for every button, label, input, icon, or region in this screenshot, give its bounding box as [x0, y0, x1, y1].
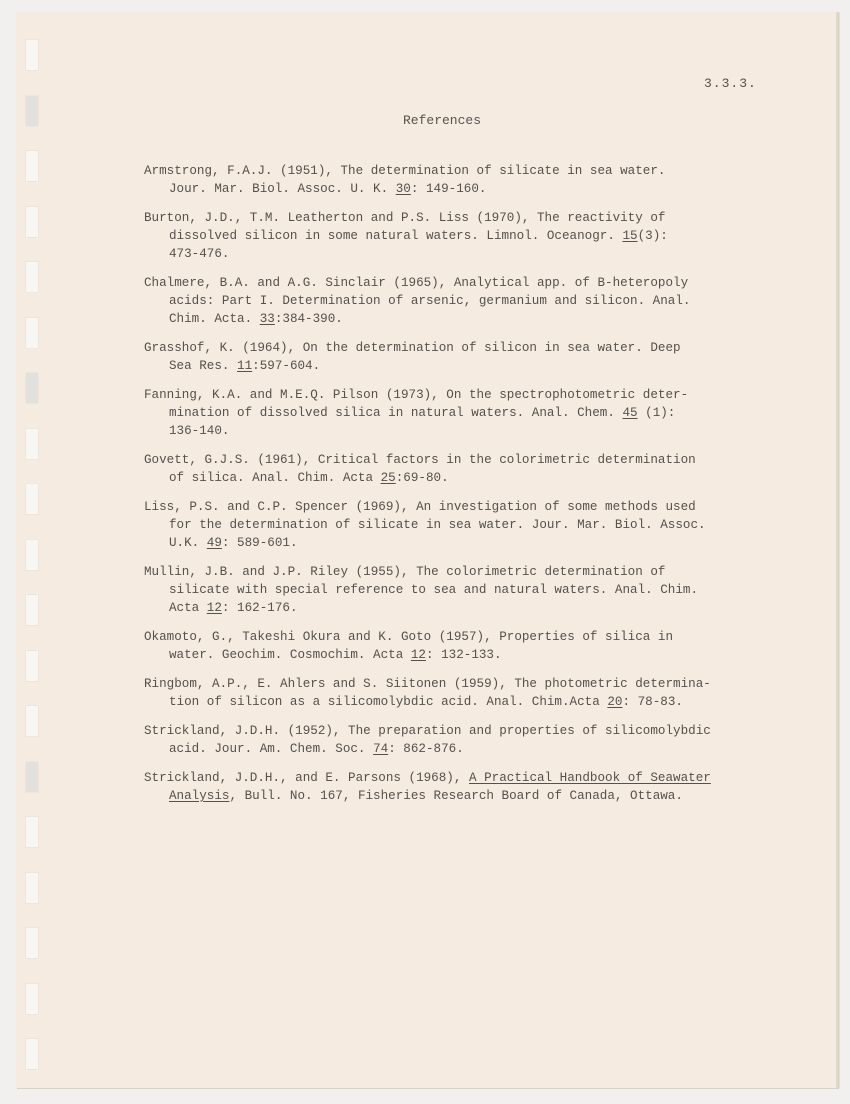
reference-line: U.K. 49: 589-601. — [144, 534, 784, 552]
reference-text: : 78-83. — [622, 695, 682, 709]
binder-hole — [25, 317, 39, 349]
reference-line: Grasshof, K. (1964), On the determinatio… — [144, 339, 784, 357]
reference-line: Armstrong, F.A.J. (1951), The determinat… — [144, 162, 784, 180]
reference-entry: Okamoto, G., Takeshi Okura and K. Goto (… — [144, 628, 784, 664]
page-title: References — [16, 113, 838, 128]
reference-text: acids: Part I. Determination of arsenic,… — [169, 294, 690, 308]
reference-line: dissolved silicon in some natural waters… — [144, 227, 784, 245]
reference-text: silicate with special reference to sea a… — [169, 583, 698, 597]
reference-line: mination of dissolved silica in natural … — [144, 404, 784, 422]
reference-text: :69-80. — [396, 471, 449, 485]
reference-line: acids: Part I. Determination of arsenic,… — [144, 292, 784, 310]
reference-line: Analysis, Bull. No. 167, Fisheries Resea… — [144, 787, 784, 805]
reference-entry: Burton, J.D., T.M. Leatherton and P.S. L… — [144, 209, 784, 263]
underlined-text: Analysis — [169, 789, 229, 803]
reference-line: Liss, P.S. and C.P. Spencer (1969), An i… — [144, 498, 784, 516]
reference-entry: Strickland, J.D.H., and E. Parsons (1968… — [144, 769, 784, 805]
reference-text: Govett, G.J.S. (1961), Critical factors … — [144, 453, 696, 467]
binder-hole — [25, 927, 39, 959]
reference-line: silicate with special reference to sea a… — [144, 581, 784, 599]
underlined-text: 12 — [207, 601, 222, 615]
reference-line: Strickland, J.D.H. (1952), The preparati… — [144, 722, 784, 740]
underlined-text: 45 — [622, 406, 637, 420]
reference-text: (3): — [638, 229, 668, 243]
reference-entry: Grasshof, K. (1964), On the determinatio… — [144, 339, 784, 375]
reference-text: mination of dissolved silica in natural … — [169, 406, 622, 420]
reference-line: of silica. Anal. Chim. Acta 25:69-80. — [144, 469, 784, 487]
binder-hole — [25, 483, 39, 515]
reference-text: Liss, P.S. and C.P. Spencer (1969), An i… — [144, 500, 696, 514]
underlined-text: 49 — [207, 536, 222, 550]
reference-line: Strickland, J.D.H., and E. Parsons (1968… — [144, 769, 784, 787]
reference-text: U.K. — [169, 536, 207, 550]
underlined-text: 20 — [607, 695, 622, 709]
reference-text: dissolved silicon in some natural waters… — [169, 229, 622, 243]
reference-text: : 162-176. — [222, 601, 298, 615]
binder-hole — [25, 539, 39, 571]
binder-hole — [25, 983, 39, 1015]
binder-hole — [25, 650, 39, 682]
underlined-text: 74 — [373, 742, 388, 756]
reference-text: : 589-601. — [222, 536, 298, 550]
reference-entry: Strickland, J.D.H. (1952), The preparati… — [144, 722, 784, 758]
reference-text: , Bull. No. 167, Fisheries Research Boar… — [229, 789, 682, 803]
underlined-text: 33 — [260, 312, 275, 326]
reference-entry: Govett, G.J.S. (1961), Critical factors … — [144, 451, 784, 487]
document-page: 3.3.3. References Armstrong, F.A.J. (195… — [16, 12, 838, 1088]
reference-line: acid. Jour. Am. Chem. Soc. 74: 862-876. — [144, 740, 784, 758]
underlined-text: A Practical Handbook of Seawater — [469, 771, 711, 785]
reference-entry: Liss, P.S. and C.P. Spencer (1969), An i… — [144, 498, 784, 552]
binder-hole — [25, 428, 39, 460]
underlined-text: 15 — [622, 229, 637, 243]
binder-hole — [25, 705, 39, 737]
reference-line: water. Geochim. Cosmochim. Acta 12: 132-… — [144, 646, 784, 664]
reference-line: Govett, G.J.S. (1961), Critical factors … — [144, 451, 784, 469]
reference-list: Armstrong, F.A.J. (1951), The determinat… — [144, 162, 784, 816]
reference-text: (1): — [638, 406, 676, 420]
reference-entry: Ringbom, A.P., E. Ahlers and S. Siitonen… — [144, 675, 784, 711]
binder-hole — [25, 1038, 39, 1070]
reference-line: tion of silicon as a silicomolybdic acid… — [144, 693, 784, 711]
reference-text: Chim. Acta. — [169, 312, 260, 326]
reference-line: 136-140. — [144, 422, 784, 440]
reference-text: :597-604. — [252, 359, 320, 373]
underlined-text: 11 — [237, 359, 252, 373]
binder-hole — [25, 872, 39, 904]
page-number: 3.3.3. — [704, 76, 757, 91]
underlined-text: 12 — [411, 648, 426, 662]
reference-text: Chalmere, B.A. and A.G. Sinclair (1965),… — [144, 276, 688, 290]
reference-line: Ringbom, A.P., E. Ahlers and S. Siitonen… — [144, 675, 784, 693]
underlined-text: 25 — [381, 471, 396, 485]
reference-line: Okamoto, G., Takeshi Okura and K. Goto (… — [144, 628, 784, 646]
binder-hole — [25, 594, 39, 626]
underlined-text: 30 — [396, 182, 411, 196]
reference-text: water. Geochim. Cosmochim. Acta — [169, 648, 411, 662]
binder-hole — [25, 261, 39, 293]
reference-entry: Fanning, K.A. and M.E.Q. Pilson (1973), … — [144, 386, 784, 440]
binder-hole — [25, 816, 39, 848]
reference-text: Strickland, J.D.H. (1952), The preparati… — [144, 724, 711, 738]
binder-hole — [25, 206, 39, 238]
reference-text: : 149-160. — [411, 182, 487, 196]
reference-text: Acta — [169, 601, 207, 615]
binder-hole — [25, 761, 39, 793]
reference-text: acid. Jour. Am. Chem. Soc. — [169, 742, 373, 756]
reference-text: 136-140. — [169, 424, 229, 438]
reference-line: Fanning, K.A. and M.E.Q. Pilson (1973), … — [144, 386, 784, 404]
reference-text: Ringbom, A.P., E. Ahlers and S. Siitonen… — [144, 677, 711, 691]
reference-line: Burton, J.D., T.M. Leatherton and P.S. L… — [144, 209, 784, 227]
reference-text: Armstrong, F.A.J. (1951), The determinat… — [144, 164, 665, 178]
reference-text: tion of silicon as a silicomolybdic acid… — [169, 695, 607, 709]
reference-text: 473-476. — [169, 247, 229, 261]
reference-line: Chim. Acta. 33:384-390. — [144, 310, 784, 328]
reference-text: Strickland, J.D.H., and E. Parsons (1968… — [144, 771, 469, 785]
reference-text: : 862-876. — [388, 742, 464, 756]
reference-line: Chalmere, B.A. and A.G. Sinclair (1965),… — [144, 274, 784, 292]
reference-text: Mullin, J.B. and J.P. Riley (1955), The … — [144, 565, 665, 579]
reference-text: Sea Res. — [169, 359, 237, 373]
reference-line: Mullin, J.B. and J.P. Riley (1955), The … — [144, 563, 784, 581]
reference-entry: Chalmere, B.A. and A.G. Sinclair (1965),… — [144, 274, 784, 328]
reference-line: Jour. Mar. Biol. Assoc. U. K. 30: 149-16… — [144, 180, 784, 198]
reference-text: :384-390. — [275, 312, 343, 326]
reference-line: 473-476. — [144, 245, 784, 263]
reference-text: Okamoto, G., Takeshi Okura and K. Goto (… — [144, 630, 673, 644]
reference-entry: Armstrong, F.A.J. (1951), The determinat… — [144, 162, 784, 198]
paper-edge — [836, 12, 838, 1088]
reference-text: Fanning, K.A. and M.E.Q. Pilson (1973), … — [144, 388, 688, 402]
reference-text: Grasshof, K. (1964), On the determinatio… — [144, 341, 681, 355]
reference-text: for the determination of silicate in sea… — [169, 518, 706, 532]
binder-hole — [25, 372, 39, 404]
reference-line: Acta 12: 162-176. — [144, 599, 784, 617]
binder-hole — [25, 150, 39, 182]
reference-line: Sea Res. 11:597-604. — [144, 357, 784, 375]
reference-text: Burton, J.D., T.M. Leatherton and P.S. L… — [144, 211, 665, 225]
binder-hole — [25, 39, 39, 71]
reference-line: for the determination of silicate in sea… — [144, 516, 784, 534]
reference-text: : 132-133. — [426, 648, 502, 662]
reference-text: of silica. Anal. Chim. Acta — [169, 471, 381, 485]
reference-entry: Mullin, J.B. and J.P. Riley (1955), The … — [144, 563, 784, 617]
reference-text: Jour. Mar. Biol. Assoc. U. K. — [169, 182, 396, 196]
